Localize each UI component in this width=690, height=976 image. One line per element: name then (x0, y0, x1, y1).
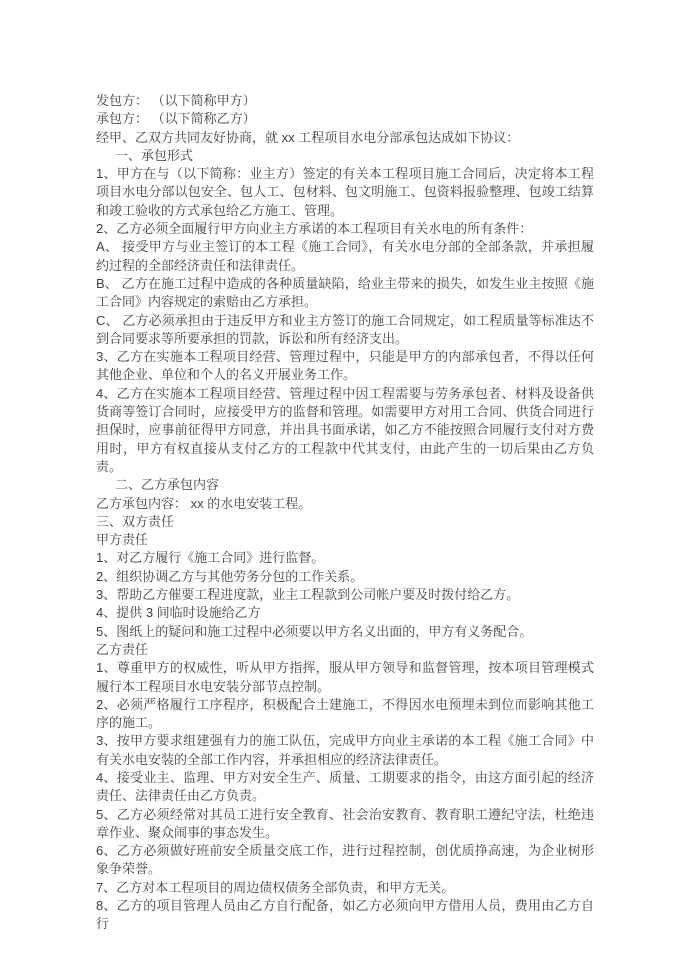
paragraph-a-resp-5: 5、图纸上的疑问和施工过程中必须要以甲方名义出面的，甲方有义务配合。 (96, 623, 594, 641)
subheading-party-b-responsibility: 乙方责任 (96, 641, 594, 659)
paragraph-a-resp-1: 1、对乙方履行《施工合同》进行监督。 (96, 549, 594, 567)
paragraph-b-resp-8: 8、乙方的项目管理人员由乙方自行配备，如乙方必须向甲方借用人员，费用由乙方自行 (96, 897, 594, 934)
paragraph-b-resp-2: 2、必须严格履行工序程序，积极配合土建施工，不得因水电预埋未到位而影响其他工序的… (96, 696, 594, 733)
paragraph-s1-item-3: 3、乙方在实施本工程项目经营、管理过程中，只能是甲方的内部承包者，不得以任何其他… (96, 348, 594, 385)
paragraph-contractor-party-b: 承包方： （以下简称乙方） (96, 110, 594, 128)
document-page: 发包方： （以下简称甲方） 承包方： （以下简称乙方） 经甲、乙双方共同友好协商… (0, 0, 690, 976)
paragraph-s1-item-2: 2、乙方必须全面履行甲方向业主方承诺的本工程项目有关水电的所有条件： (96, 220, 594, 238)
section-heading-2-contract-content: 二、乙方承包内容 (96, 476, 594, 494)
paragraph-s2-content: 乙方承包内容： xx 的水电安装工程。 (96, 495, 594, 513)
paragraph-s1-item-4: 4、乙方在实施本工程项目经营、管理过程中因工程需要与劳务承包者、材料及设备供货商… (96, 385, 594, 476)
paragraph-b-resp-3: 3、按甲方要求组建强有力的施工队伍，完成甲方向业主承诺的本工程《施工合同》中有关… (96, 732, 594, 769)
subheading-party-a-responsibility: 甲方责任 (96, 531, 594, 549)
paragraph-a-resp-3: 3、帮助乙方催要工程进度款，业主工程款到公司帐户要及时拨付给乙方。 (96, 586, 594, 604)
paragraph-b-resp-4: 4、接受业主、监理、甲方对安全生产、质量、工期要求的指令，由这方面引起的经济责任… (96, 769, 594, 806)
section-heading-3-responsibilities: 三、双方责任 (96, 513, 594, 531)
paragraph-contractor-party-a: 发包方： （以下简称甲方） (96, 92, 594, 110)
paragraph-b-resp-5: 5、乙方必须经常对其员工进行安全教育、社会治安教育、教育职工遵纪守法，杜绝违章作… (96, 806, 594, 843)
paragraph-s1-item-2c: C、 乙方必须承担由于违反甲方和业主方签订的施工合同规定，如工程质量等标准达不到… (96, 312, 594, 349)
paragraph-s1-item-2a: A、 接受甲方与业主签订的本工程《施工合同》，有关水电分部的全部条款，并承担履约… (96, 238, 594, 275)
paragraph-s1-item-1: 1、甲方在与（以下简称：业主方）签定的有关本工程项目施工合同后，决定将本工程项目… (96, 165, 594, 220)
paragraph-b-resp-1: 1、尊重甲方的权威性，听从甲方指挥，服从甲方领导和监督管理，按本项目管理模式履行… (96, 659, 594, 696)
paragraph-s1-item-2b: B、 乙方在施工过程中造成的各种质量缺陷，给业主带来的损失，如发生业主按照《施工… (96, 275, 594, 312)
paragraph-a-resp-4: 4、提供 3 间临时设施给乙方 (96, 604, 594, 622)
section-heading-1-contract-form: 一、承包形式 (96, 147, 594, 165)
paragraph-preamble: 经甲、乙双方共同友好协商，就 xx 工程项目水电分部承包达成如下协议： (96, 129, 594, 147)
paragraph-b-resp-7: 7、乙方对本工程项目的周边债权债务全部负责，和甲方无关。 (96, 879, 594, 897)
paragraph-b-resp-6: 6、乙方必须做好班前安全质量交底工作，进行过程控制，创优质挣高速，为企业树形象争… (96, 842, 594, 879)
paragraph-a-resp-2: 2、组织协调乙方与其他劳务分包的工作关系。 (96, 568, 594, 586)
contract-text-body: 发包方： （以下简称甲方） 承包方： （以下简称乙方） 经甲、乙双方共同友好协商… (96, 92, 594, 934)
